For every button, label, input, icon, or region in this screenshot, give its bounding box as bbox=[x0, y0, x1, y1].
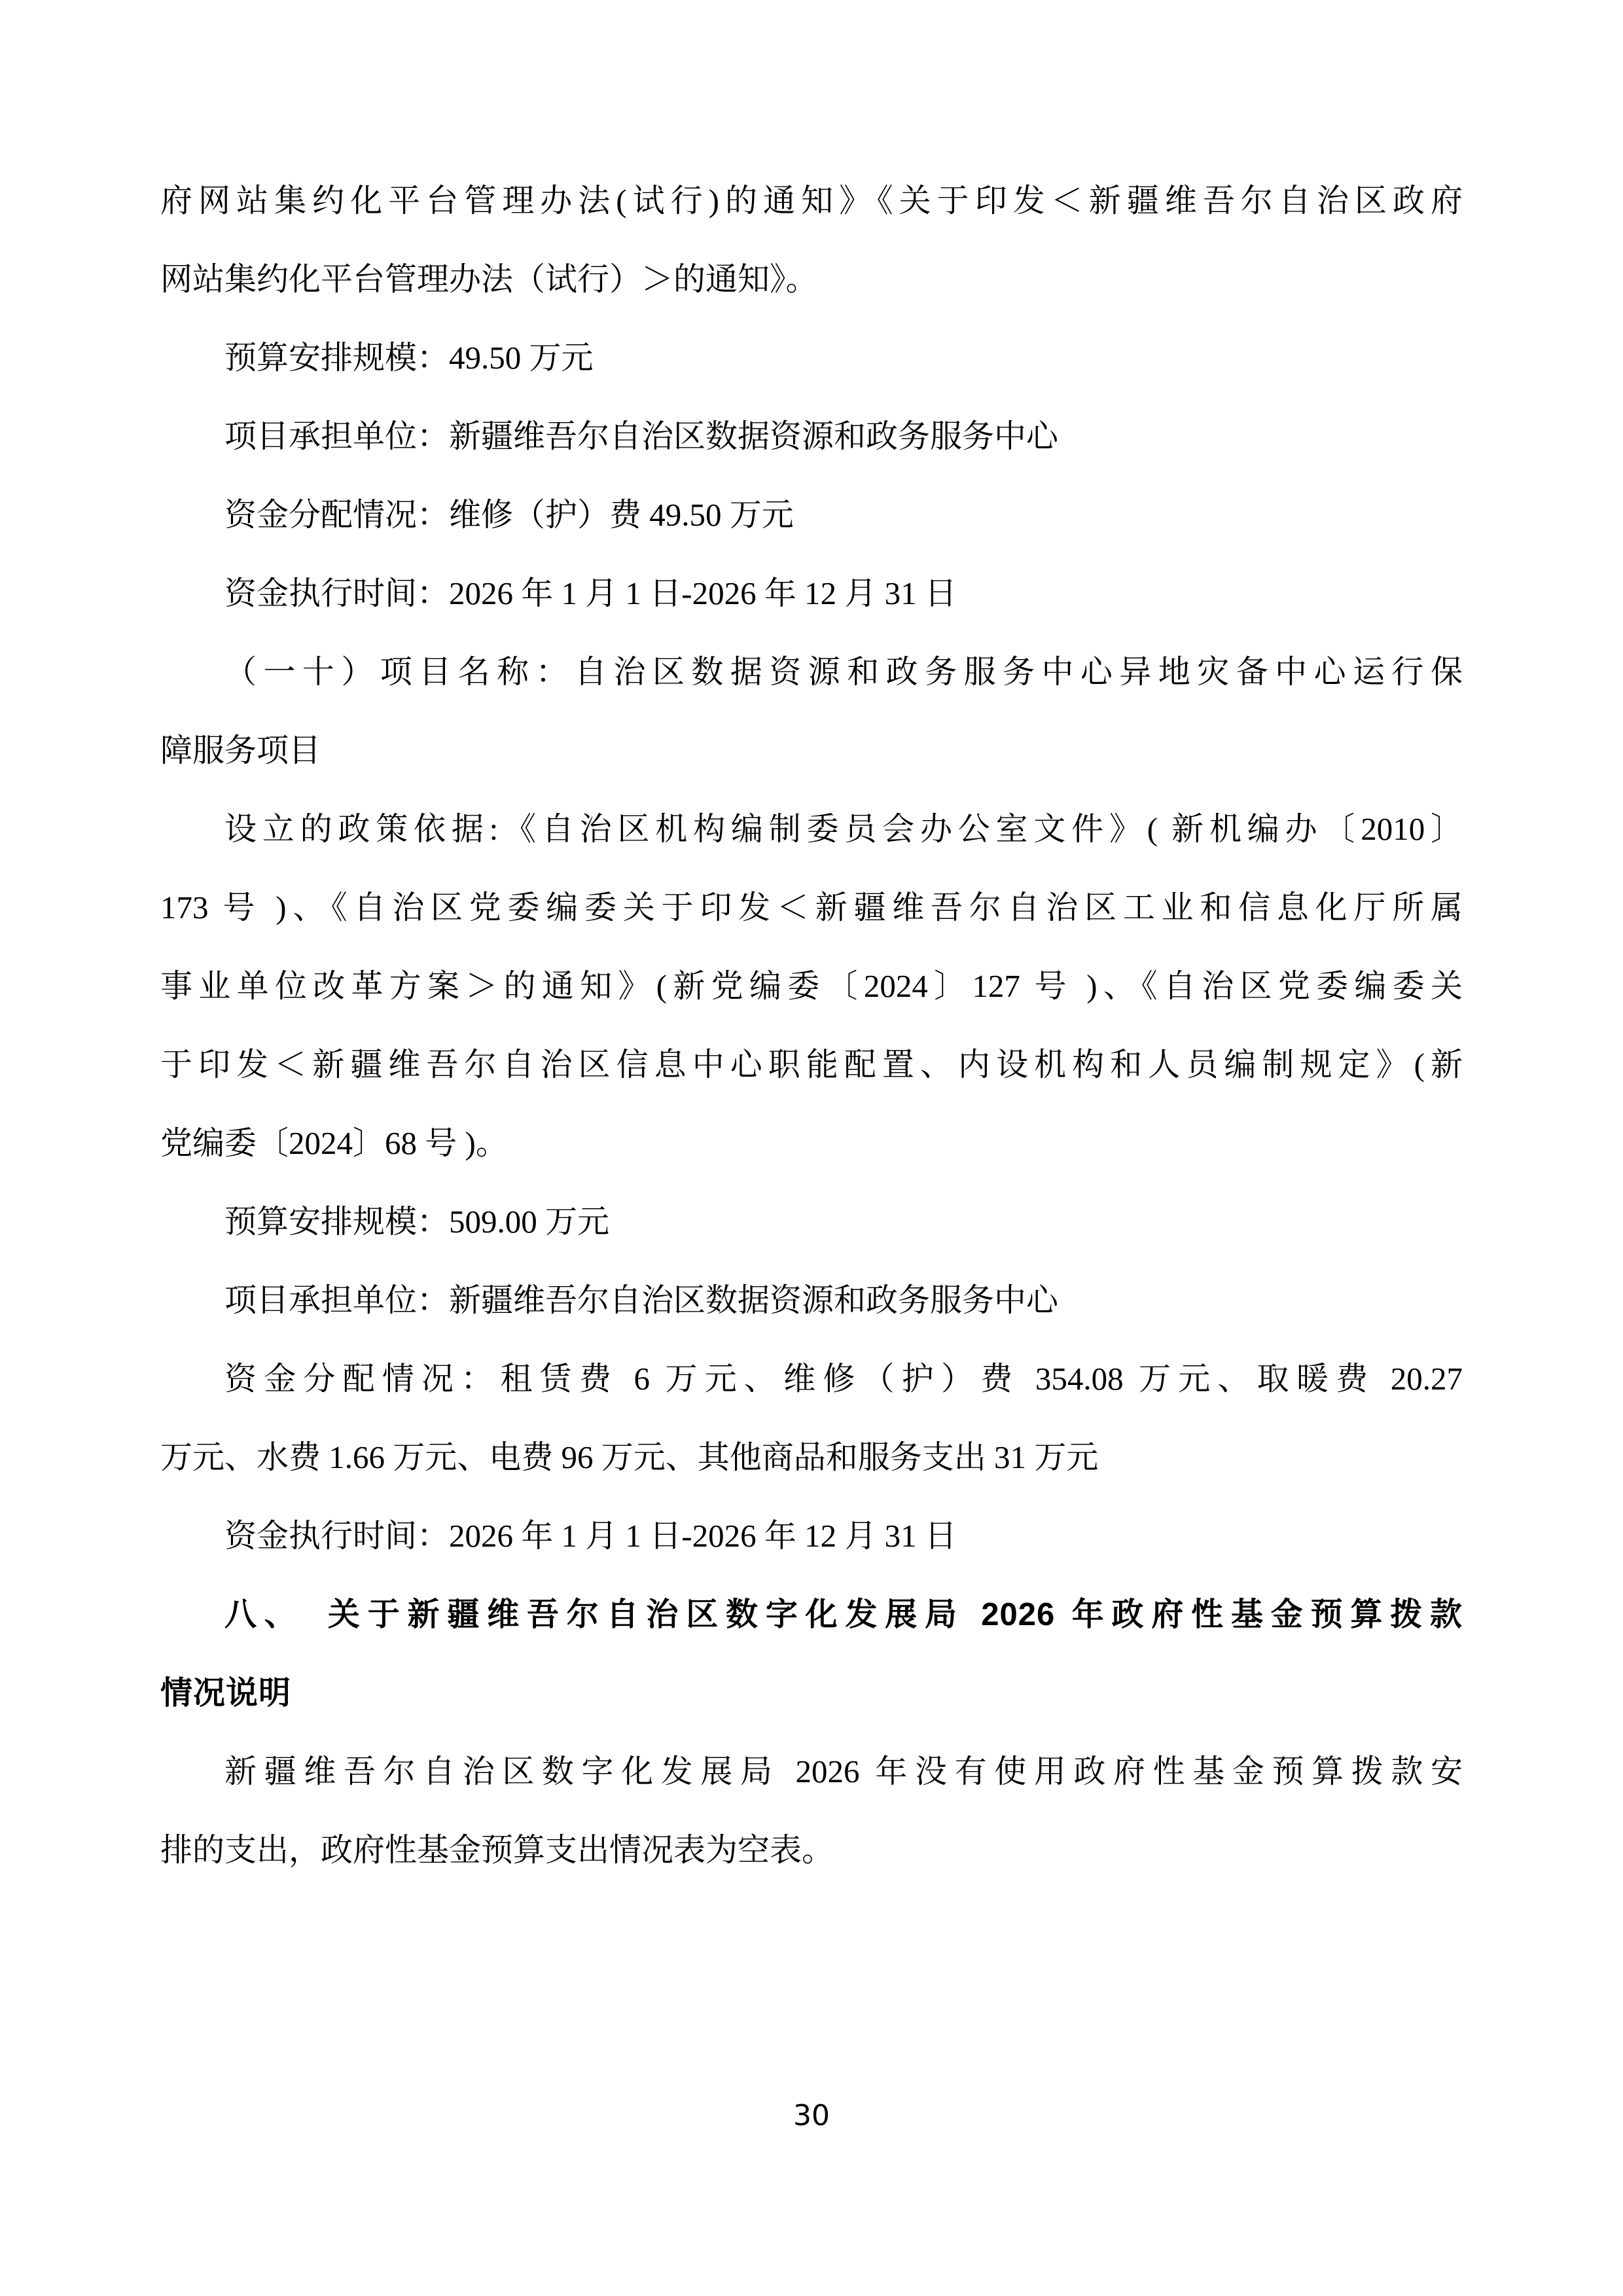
doc-line: 资金执行时间：2026 年 1 月 1 日-2026 年 12 月 31 日 bbox=[160, 1497, 1463, 1575]
doc-line: 173 号 )、《自治区党委编委关于印发＜新疆维吾尔自治区工业和信息化厅所属 bbox=[160, 869, 1463, 947]
doc-line: 预算安排规模：509.00 万元 bbox=[160, 1183, 1463, 1261]
doc-line: 预算安排规模：49.50 万元 bbox=[160, 319, 1463, 397]
document-page: 府网站集约化平台管理办法(试行)的通知》《关于印发＜新疆维吾尔自治区政府 网站集… bbox=[0, 0, 1623, 2296]
doc-line: 事业单位改革方案＞的通知》(新党编委〔2024〕127 号 )、《自治区党委编委… bbox=[160, 947, 1463, 1026]
doc-line: 于印发＜新疆维吾尔自治区信息中心职能配置、内设机构和人员编制规定》(新 bbox=[160, 1026, 1463, 1104]
doc-line: 项目承担单位：新疆维吾尔自治区数据资源和政务服务中心 bbox=[160, 397, 1463, 476]
doc-heading-line: 情况说明 bbox=[160, 1654, 1463, 1732]
doc-line: 设立的政策依据:《自治区机构编制委员会办公室文件》( 新机编办〔2010〕 bbox=[160, 790, 1463, 869]
doc-line: （一十）项目名称：自治区数据资源和政务服务中心异地灾备中心运行保 bbox=[160, 633, 1463, 711]
page-number: 30 bbox=[0, 2098, 1623, 2134]
doc-line: 障服务项目 bbox=[160, 711, 1463, 790]
doc-line: 新疆维吾尔自治区数字化发展局 2026 年没有使用政府性基金预算拨款安 bbox=[160, 1732, 1463, 1811]
document-body: 府网站集约化平台管理办法(试行)的通知》《关于印发＜新疆维吾尔自治区政府 网站集… bbox=[160, 162, 1463, 1890]
doc-heading-line: 八、 关于新疆维吾尔自治区数字化发展局 2026 年政府性基金预算拨款 bbox=[160, 1575, 1463, 1654]
doc-line: 府网站集约化平台管理办法(试行)的通知》《关于印发＜新疆维吾尔自治区政府 bbox=[160, 162, 1463, 240]
doc-line: 党编委〔2024〕68 号 )。 bbox=[160, 1104, 1463, 1183]
doc-line: 资金分配情况：租赁费 6 万元、维修（护）费 354.08 万元、取暖费 20.… bbox=[160, 1340, 1463, 1418]
doc-line: 项目承担单位：新疆维吾尔自治区数据资源和政务服务中心 bbox=[160, 1261, 1463, 1340]
doc-line: 排的支出，政府性基金预算支出情况表为空表。 bbox=[160, 1811, 1463, 1890]
doc-line: 万元、水费 1.66 万元、电费 96 万元、其他商品和服务支出 31 万元 bbox=[160, 1418, 1463, 1497]
doc-line: 网站集约化平台管理办法（试行）＞的通知》。 bbox=[160, 240, 1463, 319]
doc-line: 资金执行时间：2026 年 1 月 1 日-2026 年 12 月 31 日 bbox=[160, 554, 1463, 633]
doc-line: 资金分配情况：维修（护）费 49.50 万元 bbox=[160, 476, 1463, 554]
